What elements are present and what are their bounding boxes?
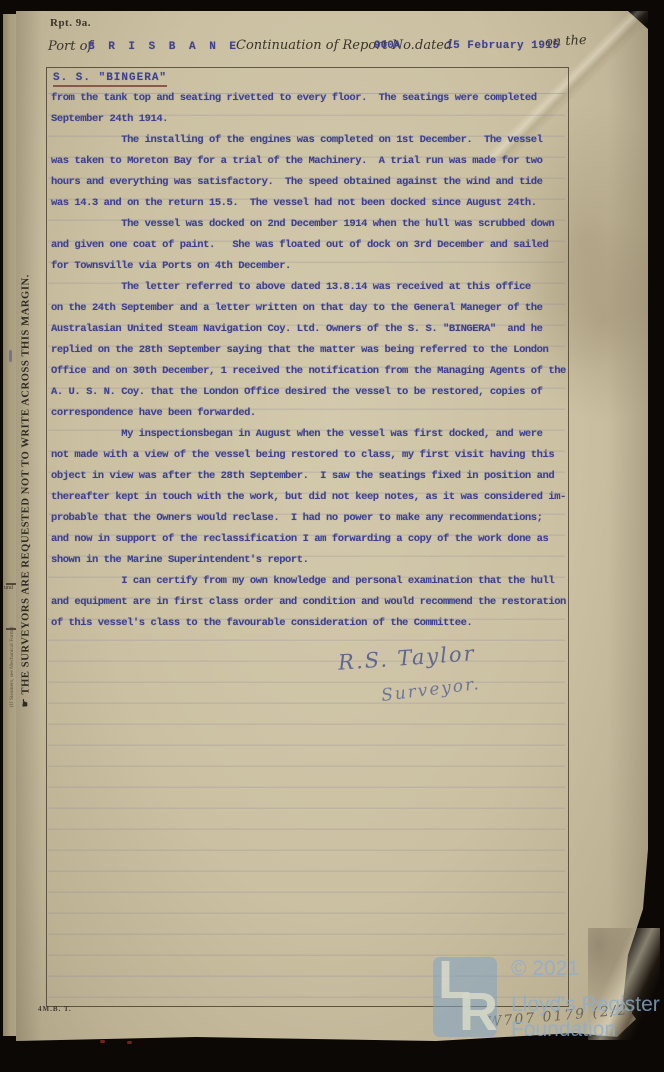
watermark-org-line2: Foundation (511, 1018, 616, 1042)
typed-line: September 24th 1914. (51, 109, 567, 130)
typed-line: and given one coat of paint. She was flo… (51, 235, 567, 256)
typed-line: hours and everything was satisfactory. T… (51, 172, 567, 193)
report-body: from the tank top and seating rivetted t… (51, 88, 567, 634)
report-number: 900A (374, 40, 400, 52)
typed-line: probable that the Owners would reclase. … (51, 508, 567, 529)
typed-line: shown in the Marine Superintendent's rep… (51, 550, 567, 571)
typed-line: The vessel was docked on 2nd December 19… (51, 214, 567, 235)
typed-line: and now in support of the reclassificati… (51, 529, 567, 550)
typed-line: thereafter kept in touch with the work, … (51, 487, 567, 508)
scanned-report-page: und Rpt. 9a. Port of B R I S B A N E Con… (0, 0, 664, 1072)
port-name: B R I S B A N E (88, 41, 240, 53)
margin-instruction: ☛ THE SURVEYORS ARE REQUESTED NOT TO WRI… (20, 328, 35, 708)
typed-line: from the tank top and seating rivetted t… (51, 88, 567, 109)
previous-page-text-fragment: und (4, 585, 13, 591)
typed-line: for Townsville via Ports on 4th December… (51, 256, 567, 277)
typed-line: Office and on 30th December, 1 received … (51, 361, 567, 382)
logo-letter-r: R (459, 981, 497, 1037)
typed-line: of this vessel's class to the favourable… (51, 613, 567, 634)
watermark-copyright: © 2021 (511, 957, 579, 981)
watermark-org-line1: Lloyd's Register (511, 993, 660, 1017)
port-of-label: Port of (48, 39, 92, 54)
typed-line: was taken to Moreton Bay for a trial of … (51, 151, 567, 172)
typed-line: A. U. S. N. Coy. that the London Office … (51, 382, 567, 403)
report-form-code: Rpt. 9a. (50, 17, 91, 29)
margin-small-note: (If Steamers, see Mechanical Form.) (9, 607, 17, 707)
typed-line: My inspectionsbegan in August when the v… (51, 424, 567, 445)
typed-line: correspondence have been forwarded. (51, 403, 567, 424)
typed-line: and equipment are in first class order a… (51, 592, 567, 613)
scan-speck (100, 1040, 105, 1043)
report-date: 15 February 1915 (446, 40, 560, 52)
typed-line: The letter referred to above dated 13.8.… (51, 277, 567, 298)
typed-line: Australasian United Steam Navigation Coy… (51, 319, 567, 340)
lloyds-register-logo: L R (433, 957, 497, 1037)
printer-imprint: 4M.B. T. (38, 1005, 72, 1013)
typed-line: I can certify from my own knowledge and … (51, 571, 567, 592)
ink-smudge (9, 350, 12, 362)
margin-instruction-text: THE SURVEYORS ARE REQUESTED NOT TO WRITE… (21, 274, 32, 694)
typed-line: on the 24th September and a letter writt… (51, 298, 567, 319)
typed-line: was 14.3 and on the return 15.5. The ves… (51, 193, 567, 214)
on-the-label: on the (545, 33, 587, 50)
ship-name: S. S. "BINGERA" (53, 72, 167, 87)
typed-line: object in view was after the 28th Septem… (51, 466, 567, 487)
pointing-hand-icon: ☛ (20, 697, 32, 707)
scan-speck (127, 1041, 132, 1044)
typed-line: replied on the 28th September saying tha… (51, 340, 567, 361)
typed-line: The installing of the engines was comple… (51, 130, 567, 151)
typed-line: not made with a view of the vessel being… (51, 445, 567, 466)
